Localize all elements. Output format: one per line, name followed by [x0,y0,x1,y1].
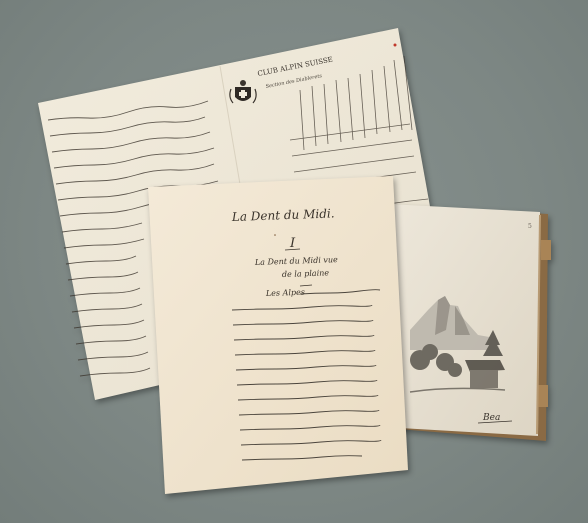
svg-text:I: I [289,236,296,251]
svg-text:de la plaine: de la plaine [282,268,330,279]
manuscript-page: La Dent du Midi. I La Dent du Midi vue d… [0,0,588,523]
manuscript-first-words: Les Alpes [265,288,305,298]
